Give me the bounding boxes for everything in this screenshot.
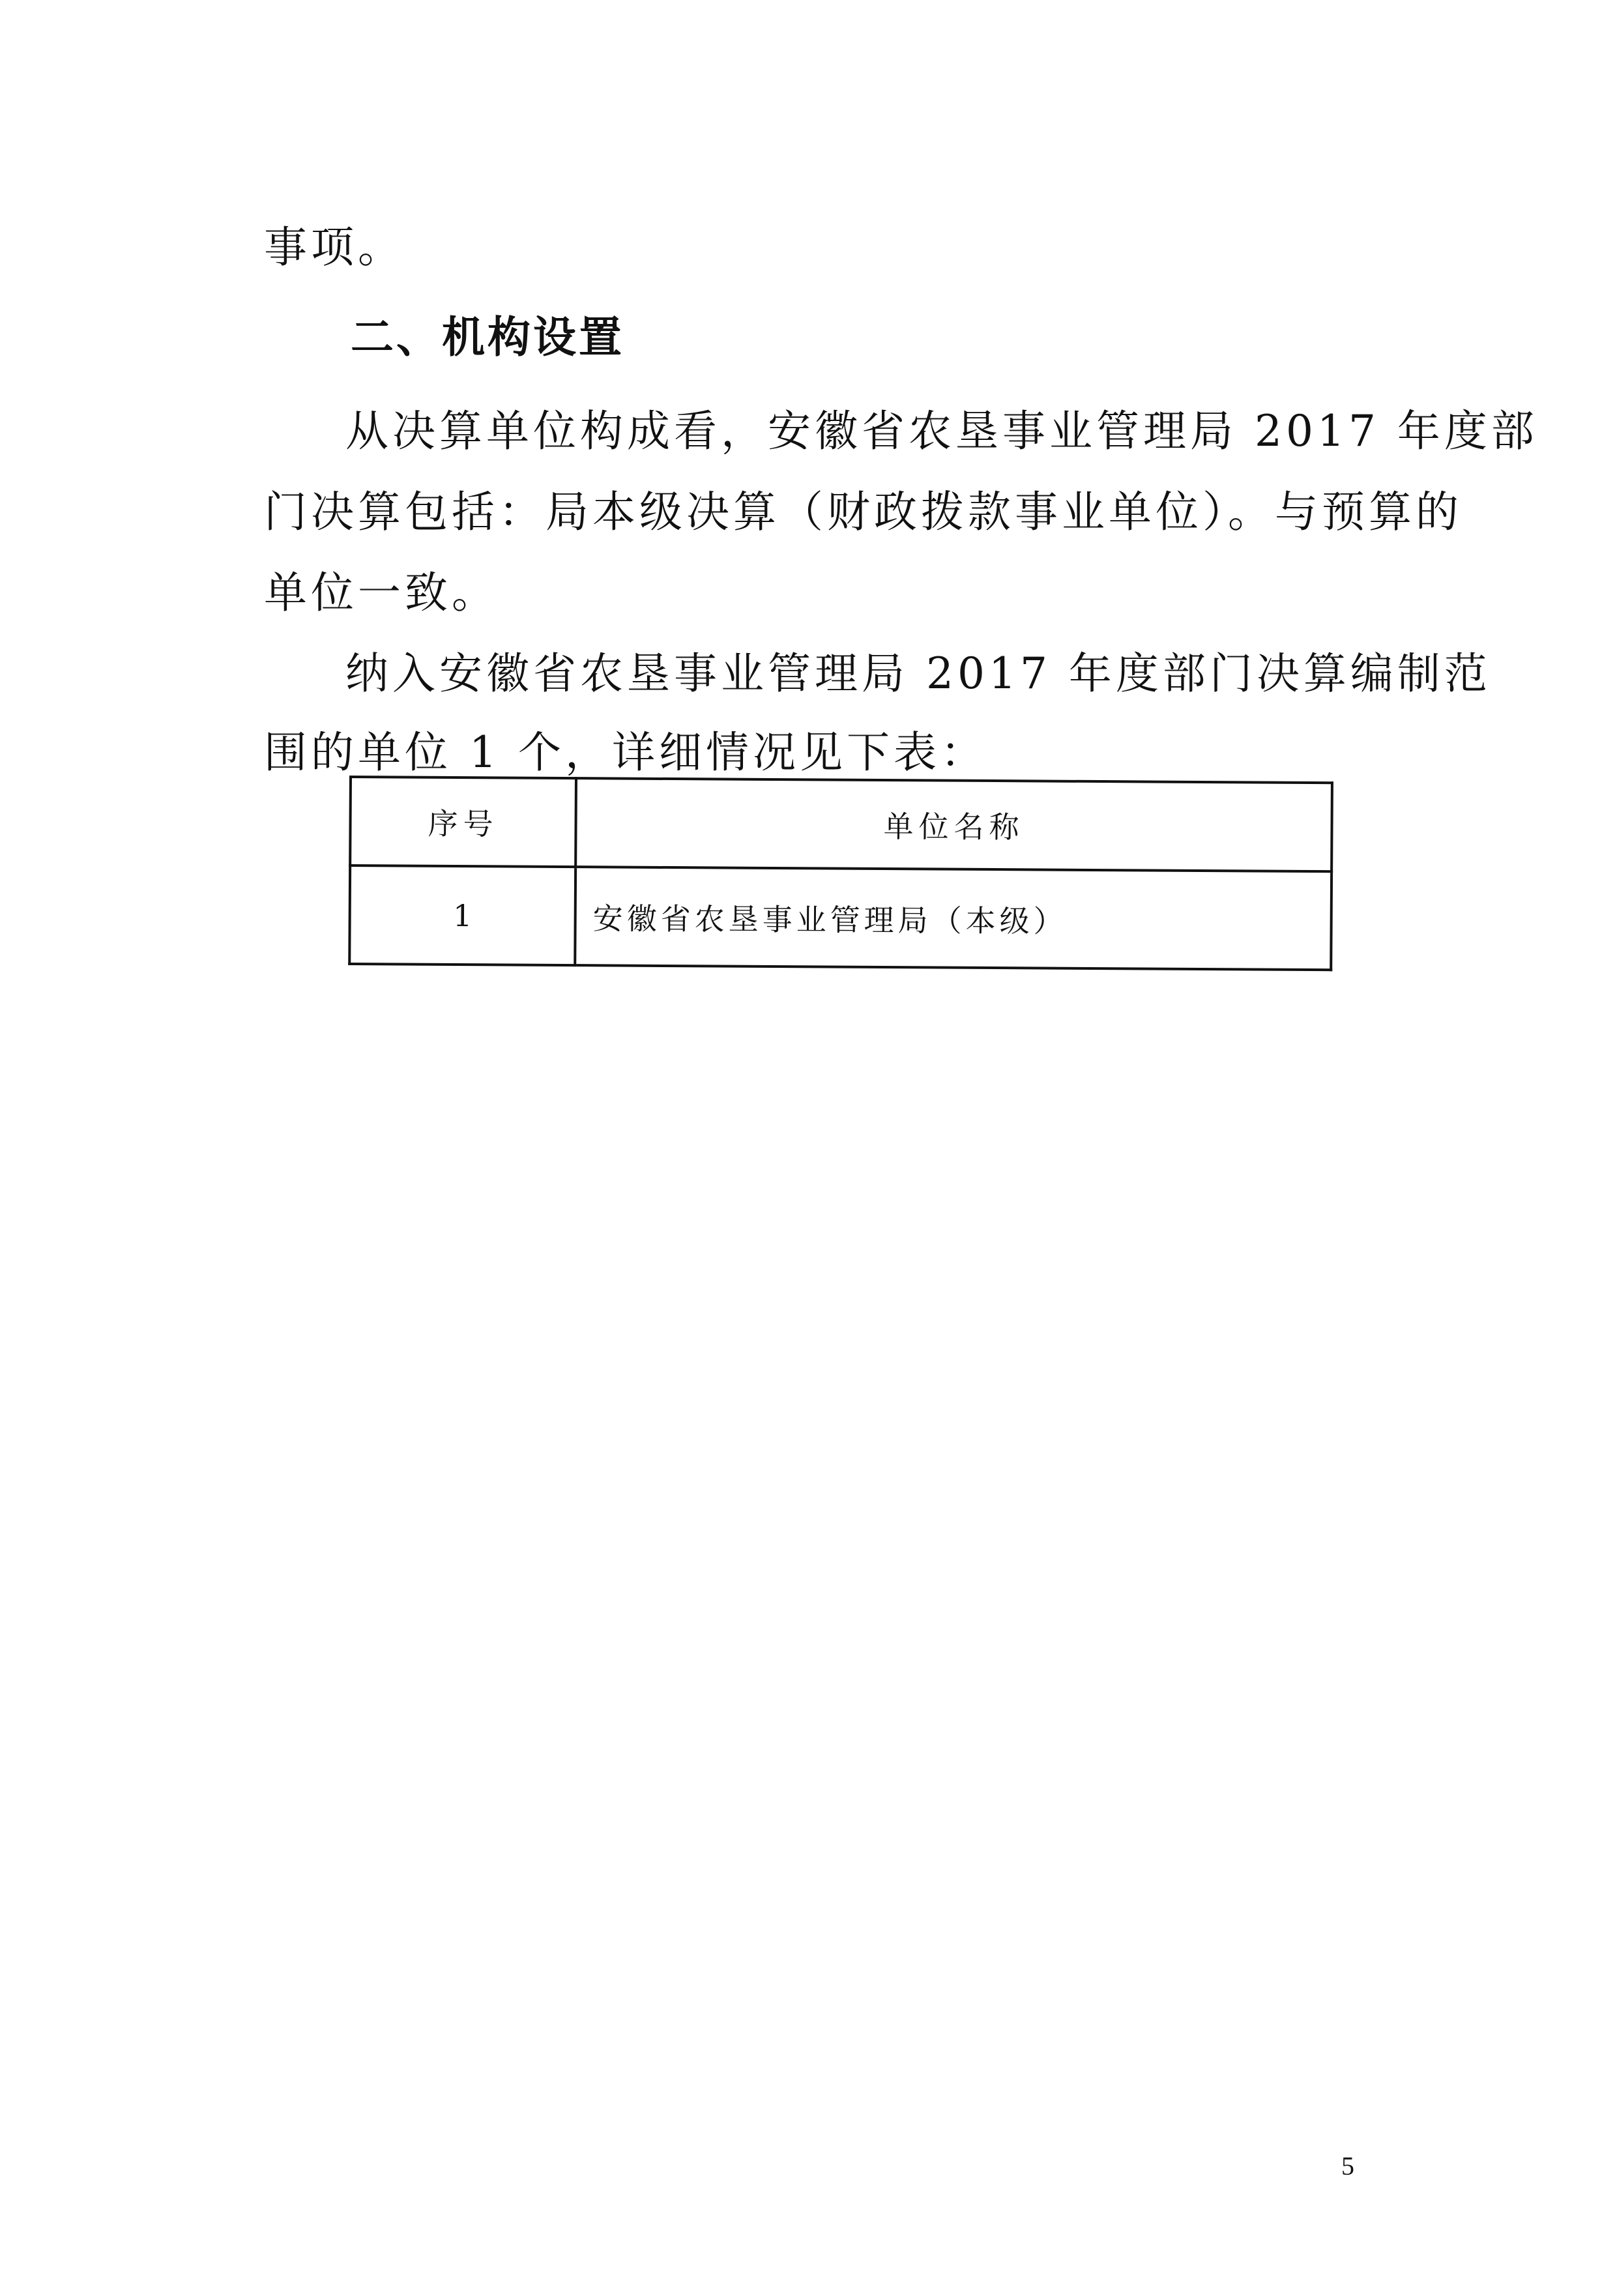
paragraph-line: 门决算包括：局本级决算（财政拨款事业单位）。与预算的 (264, 486, 1462, 538)
header-index: 序号 (350, 777, 576, 867)
table-row: 1 安徽省农垦事业管理局（本级） (349, 865, 1331, 970)
cell-unit-name: 安徽省农垦事业管理局（本级） (575, 867, 1331, 970)
units-table: 序号 单位名称 1 安徽省农垦事业管理局（本级） (348, 776, 1333, 971)
paragraph-line: 单位一致。 (264, 567, 499, 619)
continuation-text: 事项。 (264, 222, 405, 274)
paragraph-line: 从决算单位构成看，安徽省农垦事业管理局 2017 年度部 (345, 405, 1538, 458)
page-number: 5 (1341, 2151, 1354, 2181)
paragraph-line: 围的单位 1 个，详细情况见下表： (264, 727, 987, 779)
paragraph-line: 纳入安徽省农垦事业管理局 2017 年度部门决算编制范 (345, 648, 1491, 700)
header-unit-name: 单位名称 (575, 778, 1332, 871)
cell-index: 1 (349, 865, 575, 965)
section-heading: 二、机构设置 (351, 312, 624, 364)
table-header-row: 序号 单位名称 (350, 777, 1332, 871)
